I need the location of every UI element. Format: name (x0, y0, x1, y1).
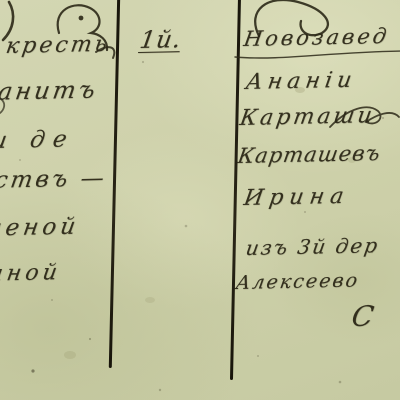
left-column-line: занитъ (0, 76, 100, 106)
right-column-line: Алексеево (234, 269, 361, 294)
right-column-line: Ирина (242, 184, 351, 211)
left-column-line: и де (0, 126, 77, 154)
left-column-line: Еленой (0, 214, 81, 242)
left-column-line: ествъ — (0, 165, 109, 194)
manuscript-page: кресть занитъ и де ествъ — Еленой инной … (0, 0, 400, 400)
right-column-line: Карташевъ (236, 141, 382, 168)
entry-number: 1й. (138, 25, 184, 54)
right-column-line: изъ 3й дер (244, 233, 381, 260)
left-column-line: кресть (4, 32, 112, 59)
right-column-line: Ананіи (244, 68, 358, 95)
left-column-line: инной (0, 260, 63, 287)
right-column-header: Новозавед (242, 24, 391, 51)
right-column-line: Карташи (238, 103, 377, 131)
